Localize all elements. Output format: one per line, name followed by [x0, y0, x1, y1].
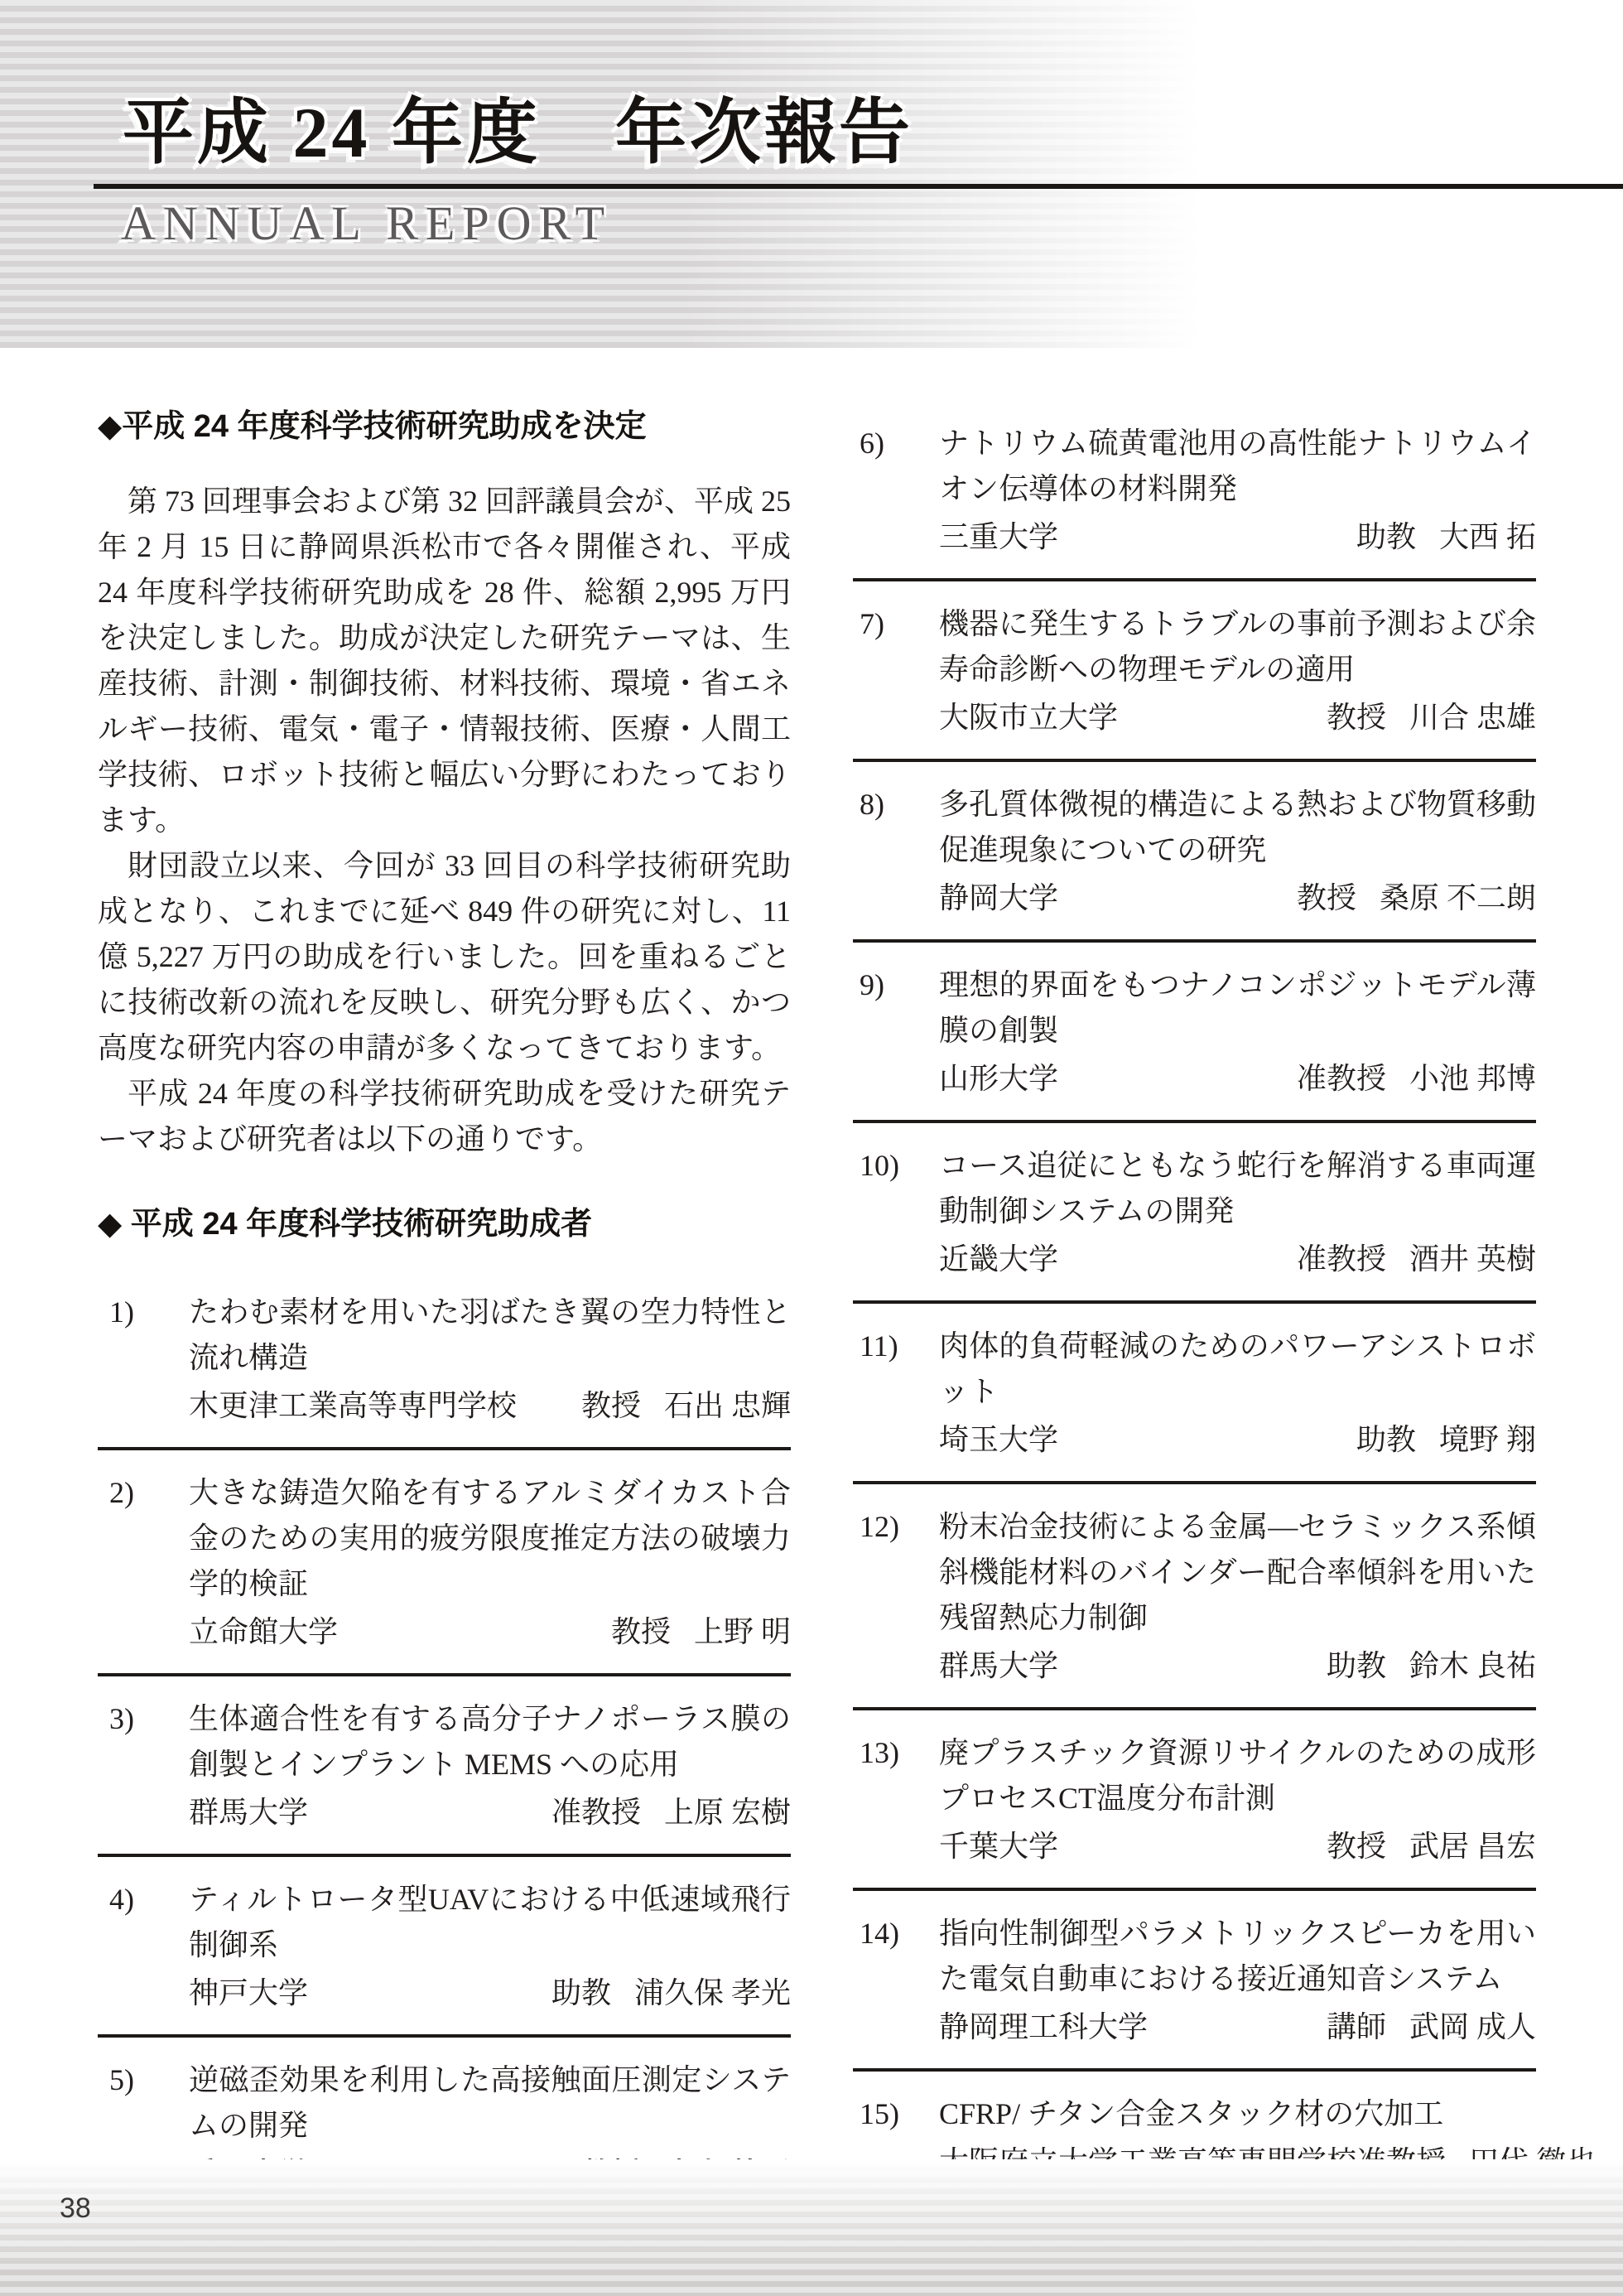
grant-title: 大きな鋳造欠陥を有するアルミダイカスト合金のための実用的疲労限度推定方法の破壊力… — [189, 1470, 791, 1607]
grant-name: 川合 忠雄 — [1409, 695, 1536, 740]
item-separator — [98, 1447, 791, 1450]
item-separator — [853, 1481, 1536, 1484]
grant-org: 群馬大学 — [189, 1790, 308, 1835]
item-separator — [853, 759, 1536, 762]
grant-item: 11) 肉体的負荷軽減のためのパワーアシストロボット 埼玉大学 助教 境野 翔 — [853, 1324, 1536, 1484]
grant-item: 14) 指向性制御型パラメトリックスピーカを用いた電気自動車における接近通知音シ… — [853, 1911, 1536, 2072]
grant-position: 助教 — [1356, 1417, 1416, 1463]
paragraph-3: 平成 24 年度の科学技術研究助成を受けた研究テーマおよび研究者は以下の通りです… — [98, 1071, 791, 1162]
grant-name: 上原 宏樹 — [664, 1790, 791, 1835]
right-column: 6) ナトリウム硫黄電池用の高性能ナトリウムイオン伝導体の材料開発 三重大学 助… — [853, 408, 1536, 2238]
grant-title: 指向性制御型パラメトリックスピーカを用いた電気自動車における接近通知音システム — [939, 1911, 1536, 2002]
item-separator — [853, 578, 1536, 581]
grant-item: 3) 生体適合性を有する高分子ナノポーラス膜の創製とインプラント MEMS への… — [98, 1696, 791, 1857]
grant-org: 三重大学 — [939, 514, 1058, 560]
annual-report-subtitle: ANNUAL REPORT — [121, 197, 612, 250]
grant-title: ナトリウム硫黄電池用の高性能ナトリウムイオン伝導体の材料開発 — [939, 421, 1536, 512]
item-separator — [98, 2034, 791, 2038]
section2-heading: ◆ 平成 24 年度科学技術研究助成者 — [98, 1205, 791, 1243]
paragraph-2: 財団設立以来、今回が 33 回目の科学技術研究助成となり、これまでに延べ 849… — [98, 843, 791, 1071]
page-title: 平成 24 年度 年次報告 — [123, 93, 913, 172]
annual-report-page: 平成 24 年度 年次報告 ANNUAL REPORT ◆平成 24 年度科学技… — [0, 0, 1623, 2296]
grant-position: 助教 — [1327, 1643, 1386, 1689]
grant-number: 7) — [853, 601, 939, 740]
grant-name: 境野 翔 — [1439, 1417, 1536, 1463]
item-separator — [98, 1854, 791, 1857]
grant-number: 12) — [853, 1504, 939, 1689]
grant-item: 9) 理想的界面をもつナノコンポジットモデル薄膜の創製 山形大学 准教授 小池 … — [853, 962, 1536, 1123]
grant-title: たわむ素材を用いた羽ばたき翼の空力特性と流れ構造 — [189, 1290, 791, 1381]
grant-position: 教授 — [1297, 875, 1356, 921]
title-rule — [94, 184, 1623, 189]
grant-item: 7) 機器に発生するトラブルの事前予測および余寿命診断への物理モデルの適用 大阪… — [853, 601, 1536, 762]
item-separator — [853, 939, 1536, 943]
item-separator — [853, 2068, 1536, 2072]
grant-org: 近畿大学 — [939, 1237, 1058, 1282]
grant-name: 鈴木 良祐 — [1409, 1643, 1536, 1689]
grant-title: 生体適合性を有する高分子ナノポーラス膜の創製とインプラント MEMS への応用 — [189, 1696, 791, 1787]
grant-name: 上野 明 — [694, 1609, 791, 1655]
grant-item: 10) コース追従にともなう蛇行を解消する車両運動制御システムの開発 近畿大学 … — [853, 1143, 1536, 1304]
grant-number: 2) — [98, 1470, 189, 1655]
grant-item: 2) 大きな鋳造欠陥を有するアルミダイカスト合金のための実用的疲労限度推定方法の… — [98, 1470, 791, 1676]
grant-position: 助教 — [551, 1970, 611, 2016]
grant-org: 埼玉大学 — [939, 1417, 1058, 1463]
grant-title: 逆磁歪効果を利用した高接触面圧測定システムの開発 — [189, 2057, 791, 2149]
grant-org: 静岡大学 — [939, 875, 1058, 921]
grant-position: 教授 — [1327, 695, 1386, 740]
section1-heading: ◆平成 24 年度科学技術研究助成を決定 — [98, 408, 791, 446]
grant-org: 木更津工業高等専門学校 — [189, 1383, 517, 1429]
grant-position: 助教 — [1356, 514, 1416, 560]
grant-org: 群馬大学 — [939, 1643, 1058, 1689]
grant-number: 11) — [853, 1324, 939, 1463]
grant-number: 8) — [853, 782, 939, 921]
grant-title: 機器に発生するトラブルの事前予測および余寿命診断への物理モデルの適用 — [939, 601, 1536, 692]
left-column: ◆平成 24 年度科学技術研究助成を決定 第 73 回理事会および第 32 回評… — [98, 408, 791, 2238]
content-columns: ◆平成 24 年度科学技術研究助成を決定 第 73 回理事会および第 32 回評… — [98, 408, 1536, 2238]
grant-item: 1) たわむ素材を用いた羽ばたき翼の空力特性と流れ構造 木更津工業高等専門学校 … — [98, 1290, 791, 1450]
grant-title: 理想的界面をもつナノコンポジットモデル薄膜の創製 — [939, 962, 1536, 1054]
grant-name: 小池 邦博 — [1409, 1056, 1536, 1102]
grant-position: 教授 — [581, 1383, 641, 1429]
grant-number: 9) — [853, 962, 939, 1102]
grant-title: 廃プラスチック資源リサイクルのための成形プロセスCT温度分布計測 — [939, 1730, 1536, 1821]
grant-item: 13) 廃プラスチック資源リサイクルのための成形プロセスCT温度分布計測 千葉大… — [853, 1730, 1536, 1891]
grant-number: 13) — [853, 1730, 939, 1869]
item-separator — [853, 1888, 1536, 1891]
grant-name: 桑原 不二朗 — [1380, 875, 1536, 921]
grant-name: 浦久保 孝光 — [634, 1970, 791, 2016]
grant-item: 8) 多孔質体微視的構造による熱および物質移動促進現象についての研究 静岡大学 … — [853, 782, 1536, 943]
grant-item: 6) ナトリウム硫黄電池用の高性能ナトリウムイオン伝導体の材料開発 三重大学 助… — [853, 421, 1536, 581]
grant-position: 准教授 — [1297, 1056, 1386, 1102]
grant-position: 講師 — [1327, 2004, 1386, 2050]
grant-number: 10) — [853, 1143, 939, 1282]
grant-position: 教授 — [611, 1609, 671, 1655]
grant-org: 大阪市立大学 — [939, 695, 1118, 740]
grant-name: 酒井 英樹 — [1409, 1237, 1536, 1282]
item-separator — [98, 1673, 791, 1676]
grant-org: 静岡理工科大学 — [939, 2004, 1148, 2050]
grant-title: コース追従にともなう蛇行を解消する車両運動制御システムの開発 — [939, 1143, 1536, 1234]
grant-org: 立命館大学 — [189, 1609, 338, 1655]
grant-number: 6) — [853, 421, 939, 560]
grant-number: 1) — [98, 1290, 189, 1429]
grant-list-right: 6) ナトリウム硫黄電池用の高性能ナトリウムイオン伝導体の材料開発 三重大学 助… — [853, 421, 1536, 2207]
grant-number: 4) — [98, 1877, 189, 2016]
grant-name: 石出 忠輝 — [664, 1383, 791, 1429]
grant-org: 千葉大学 — [939, 1824, 1058, 1869]
grant-name: 武居 昌宏 — [1409, 1824, 1536, 1869]
item-separator — [853, 1300, 1536, 1304]
grant-name: 武岡 成人 — [1409, 2004, 1536, 2050]
grant-position: 准教授 — [1297, 1237, 1386, 1282]
grant-org: 神戸大学 — [189, 1970, 308, 2016]
grant-number: 3) — [98, 1696, 189, 1835]
grant-title: 粉末冶金技術による金属―セラミックス系傾斜機能材料のバインダー配合率傾斜を用いた… — [939, 1504, 1536, 1641]
item-separator — [853, 1707, 1536, 1710]
page-number: 38 — [60, 2192, 91, 2225]
grant-name: 大西 拓 — [1439, 514, 1536, 560]
grant-title: CFRP/ チタン合金スタック材の穴加工 — [939, 2091, 1536, 2137]
grant-title: ティルトロータ型UAVにおける中低速域飛行制御系 — [189, 1877, 791, 1968]
paragraph-1: 第 73 回理事会および第 32 回評議員会が、平成 25 年 2 月 15 日… — [98, 479, 791, 843]
item-separator — [853, 1120, 1536, 1123]
grant-item: 12) 粉末冶金技術による金属―セラミックス系傾斜機能材料のバインダー配合率傾斜… — [853, 1504, 1536, 1710]
grant-position: 教授 — [1327, 1824, 1386, 1869]
grant-position: 准教授 — [551, 1790, 641, 1835]
grant-number: 14) — [853, 1911, 939, 2050]
grant-title: 肉体的負荷軽減のためのパワーアシストロボット — [939, 1324, 1536, 1415]
header-stripe-band — [0, 0, 1623, 348]
footer-stripe-band — [0, 2159, 1623, 2296]
grant-item: 4) ティルトロータ型UAVにおける中低速域飛行制御系 神戸大学 助教 浦久保 … — [98, 1877, 791, 2038]
grant-list-left: 1) たわむ素材を用いた羽ばたき翼の空力特性と流れ構造 木更津工業高等専門学校 … — [98, 1290, 791, 2218]
grant-org: 山形大学 — [939, 1056, 1058, 1102]
grant-title: 多孔質体微視的構造による熱および物質移動促進現象についての研究 — [939, 782, 1536, 873]
